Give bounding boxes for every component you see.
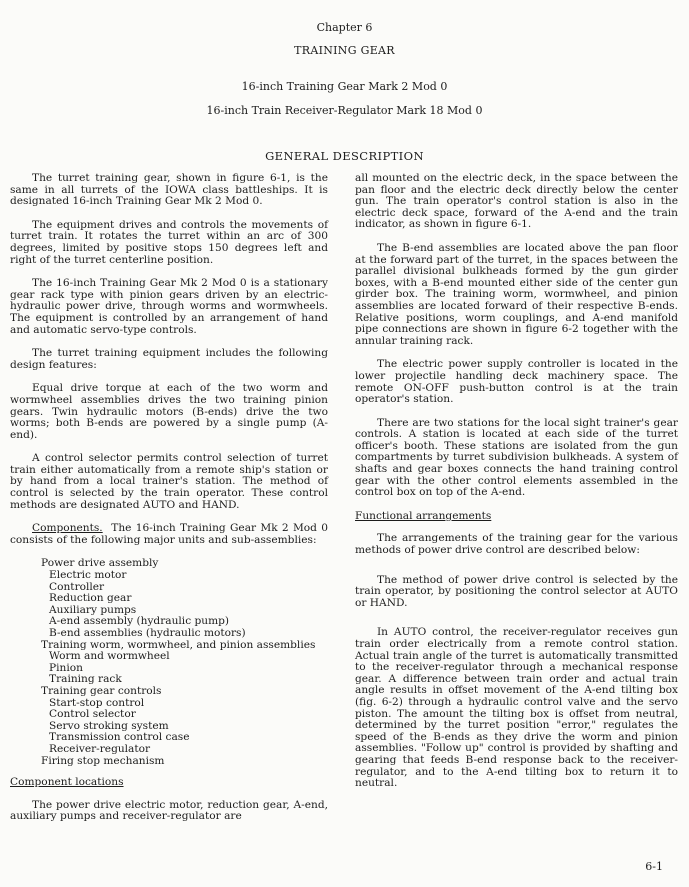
list-item: B-end assemblies (hydraulic motors) [41,628,328,640]
list-item: Electric motor [41,570,328,582]
components-heading: Components. [32,522,103,534]
right-column: all mounted on the electric deck, in the… [355,173,678,802]
paragraph: Equal drive torque at each of the two wo… [10,383,328,441]
paragraph: The B-end assemblies are located above t… [355,243,678,347]
paragraph: The arrangements of the training gear fo… [355,533,678,556]
section-heading: GENERAL DESCRIPTION [0,149,689,163]
left-column: The turret training gear, shown in figur… [10,173,328,835]
equipment-subtitle-2: 16-inch Train Receiver-Regulator Mark 18… [0,104,689,117]
list-item: Training gear controls [41,686,328,698]
components-list: Power drive assembly Electric motor Cont… [10,558,328,767]
list-item: Receiver-regulator [41,744,328,756]
paragraph: The turret training gear, shown in figur… [10,173,328,208]
paragraph: The electric power supply controller is … [355,359,678,405]
paragraph: all mounted on the electric deck, in the… [355,173,678,231]
chapter-title: TRAINING GEAR [0,44,689,57]
list-item: Firing stop mechanism [41,756,328,768]
components-paragraph: Components. The 16-inch Training Gear Mk… [10,523,328,546]
paragraph: In AUTO control, the receiver-regulator … [355,627,678,789]
paragraph: There are two stations for the local sig… [355,418,678,499]
paragraph: The method of power drive control is sel… [355,575,678,610]
paragraph: The equipment drives and controls the mo… [10,220,328,266]
equipment-subtitle-1: 16-inch Training Gear Mark 2 Mod 0 [0,80,689,93]
list-item: Control selector [41,709,328,721]
list-item: Worm and wormwheel [41,651,328,663]
page-number: 6-1 [645,860,663,873]
paragraph: The 16-inch Training Gear Mk 2 Mod 0 is … [10,278,328,336]
paragraph: A control selector permits control selec… [10,453,328,511]
paragraph: The turret training equipment includes t… [10,348,328,371]
functional-arrangements-heading: Functional arrangements [355,511,678,523]
component-locations-heading: Component locations [10,777,328,789]
chapter-label: Chapter 6 [0,21,689,34]
paragraph: The power drive electric motor, reductio… [10,800,328,823]
